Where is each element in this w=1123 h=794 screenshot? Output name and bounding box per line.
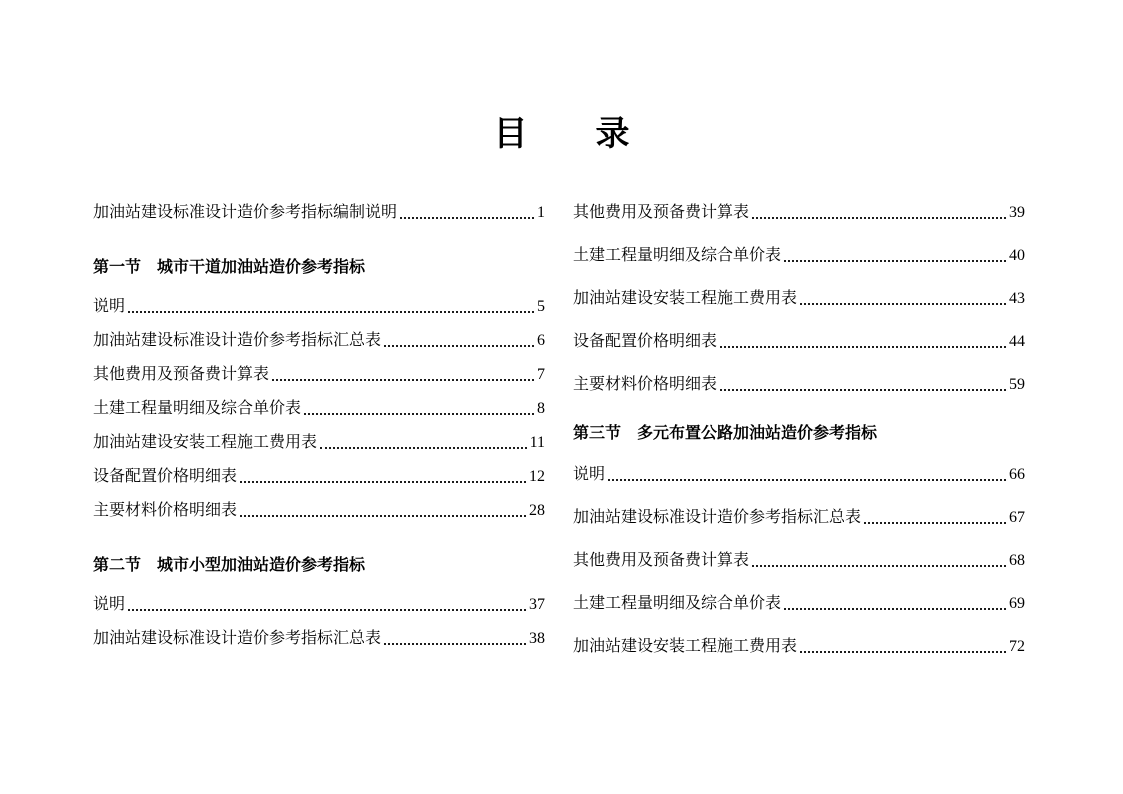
- toc-entry-page: 40: [1009, 245, 1025, 267]
- toc-section-heading: 第二节 城市小型加油站造价参考指标: [93, 555, 545, 577]
- toc-entry-label: 主要材料价格明细表: [93, 500, 237, 522]
- toc-entry-label: 加油站建设安装工程施工费用表: [573, 288, 797, 310]
- toc-entry-page: 5: [537, 296, 545, 318]
- dot-leader: [320, 447, 527, 449]
- dot-leader: [240, 515, 526, 517]
- document-page: 目 录 加油站建设标准设计造价参考指标编制说明 1 第一节 城市干道加油站造价参…: [0, 0, 1123, 794]
- toc-entry-page: 72: [1009, 636, 1025, 658]
- dot-leader: [272, 379, 534, 381]
- toc-entry-label: 加油站建设标准设计造价参考指标汇总表: [93, 330, 381, 352]
- toc-entry: 加油站建设安装工程施工费用表 72: [573, 636, 1025, 658]
- toc-entry-label: 加油站建设安装工程施工费用表: [573, 636, 797, 658]
- toc-entry-label: 土建工程量明细及综合单价表: [573, 245, 781, 267]
- toc-entry: 土建工程量明细及综合单价表 69: [573, 593, 1025, 615]
- toc-entry-page: 59: [1009, 374, 1025, 396]
- dot-leader: [304, 413, 534, 415]
- toc-entry: 加油站建设安装工程施工费用表 43: [573, 288, 1025, 310]
- dot-leader: [608, 479, 1006, 481]
- toc-entry-page: 12: [529, 466, 545, 488]
- toc-entry: 加油站建设标准设计造价参考指标汇总表 67: [573, 507, 1025, 529]
- toc-entry-page: 11: [530, 432, 545, 454]
- toc-entry-label: 加油站建设标准设计造价参考指标汇总表: [573, 507, 861, 529]
- toc-entry: 说明 66: [573, 464, 1025, 486]
- dot-leader: [752, 565, 1006, 567]
- dot-leader: [720, 389, 1006, 391]
- toc-entry-label: 说明: [573, 464, 605, 486]
- toc-entry-page: 28: [529, 500, 545, 522]
- dot-leader: [240, 481, 526, 483]
- toc-entry-label: 主要材料价格明细表: [573, 374, 717, 396]
- dot-leader: [400, 217, 534, 219]
- toc-entry: 其他费用及预备费计算表 68: [573, 550, 1025, 572]
- toc-entry: 说明 5: [93, 296, 545, 318]
- toc-entry: 加油站建设标准设计造价参考指标编制说明 1: [93, 202, 545, 224]
- toc-entry: 土建工程量明细及综合单价表 40: [573, 245, 1025, 267]
- toc-column-left: 加油站建设标准设计造价参考指标编制说明 1 第一节 城市干道加油站造价参考指标 …: [93, 202, 545, 679]
- toc-entry: 设备配置价格明细表 44: [573, 331, 1025, 353]
- toc-entry-label: 土建工程量明细及综合单价表: [573, 593, 781, 615]
- toc-entry: 土建工程量明细及综合单价表 8: [93, 398, 545, 420]
- toc-entry-page: 67: [1009, 507, 1025, 529]
- toc-entry-label: 加油站建设标准设计造价参考指标编制说明: [93, 202, 397, 224]
- toc-section-label: 第一节 城市干道加油站造价参考指标: [93, 259, 365, 276]
- toc-entry-label: 加油站建设安装工程施工费用表: [93, 432, 317, 454]
- dot-leader: [384, 345, 534, 347]
- toc-entry-page: 1: [537, 202, 545, 224]
- toc-entry-label: 其他费用及预备费计算表: [573, 550, 749, 572]
- toc-section-label: 第三节 多元布置公路加油站造价参考指标: [573, 425, 877, 442]
- toc-entry-label: 加油站建设标准设计造价参考指标汇总表: [93, 628, 381, 650]
- toc-entry-page: 39: [1009, 202, 1025, 224]
- toc-columns: 加油站建设标准设计造价参考指标编制说明 1 第一节 城市干道加油站造价参考指标 …: [93, 202, 1025, 679]
- toc-entry: 加油站建设标准设计造价参考指标汇总表 38: [93, 628, 545, 650]
- toc-entry-page: 43: [1009, 288, 1025, 310]
- dot-leader: [128, 609, 526, 611]
- toc-entry-label: 其他费用及预备费计算表: [573, 202, 749, 224]
- toc-entry-page: 8: [537, 398, 545, 420]
- dot-leader: [800, 303, 1006, 305]
- toc-column-right: 其他费用及预备费计算表 39 土建工程量明细及综合单价表 40 加油站建设安装工…: [573, 202, 1025, 679]
- toc-entry: 设备配置价格明细表 12: [93, 466, 545, 488]
- toc-entry-label: 说明: [93, 296, 125, 318]
- toc-entry: 加油站建设安装工程施工费用表 11: [93, 432, 545, 454]
- toc-entry: 其他费用及预备费计算表 39: [573, 202, 1025, 224]
- toc-entry-page: 44: [1009, 331, 1025, 353]
- dot-leader: [384, 643, 526, 645]
- toc-entry-page: 7: [537, 364, 545, 386]
- toc-entry: 主要材料价格明细表 59: [573, 374, 1025, 396]
- toc-entry-label: 其他费用及预备费计算表: [93, 364, 269, 386]
- dot-leader: [752, 217, 1006, 219]
- dot-leader: [800, 651, 1006, 653]
- toc-entry-label: 说明: [93, 594, 125, 616]
- dot-leader: [864, 522, 1006, 524]
- toc-section-label: 第二节 城市小型加油站造价参考指标: [93, 557, 365, 574]
- toc-entry-page: 6: [537, 330, 545, 352]
- toc-section-heading: 第三节 多元布置公路加油站造价参考指标: [573, 423, 1025, 445]
- toc-section-heading: 第一节 城市干道加油站造价参考指标: [93, 257, 545, 279]
- toc-entry-label: 土建工程量明细及综合单价表: [93, 398, 301, 420]
- toc-entry: 说明 37: [93, 594, 545, 616]
- toc-entry: 主要材料价格明细表 28: [93, 500, 545, 522]
- page-title: 目 录: [0, 0, 1123, 158]
- toc-entry: 加油站建设标准设计造价参考指标汇总表 6: [93, 330, 545, 352]
- toc-entry-label: 设备配置价格明细表: [93, 466, 237, 488]
- dot-leader: [128, 311, 534, 313]
- dot-leader: [784, 260, 1006, 262]
- toc-entry-label: 设备配置价格明细表: [573, 331, 717, 353]
- toc-entry-page: 69: [1009, 593, 1025, 615]
- dot-leader: [720, 346, 1006, 348]
- toc-entry-page: 38: [529, 628, 545, 650]
- toc-entry-page: 68: [1009, 550, 1025, 572]
- toc-entry-page: 37: [529, 594, 545, 616]
- toc-entry: 其他费用及预备费计算表 7: [93, 364, 545, 386]
- toc-entry-page: 66: [1009, 464, 1025, 486]
- dot-leader: [784, 608, 1006, 610]
